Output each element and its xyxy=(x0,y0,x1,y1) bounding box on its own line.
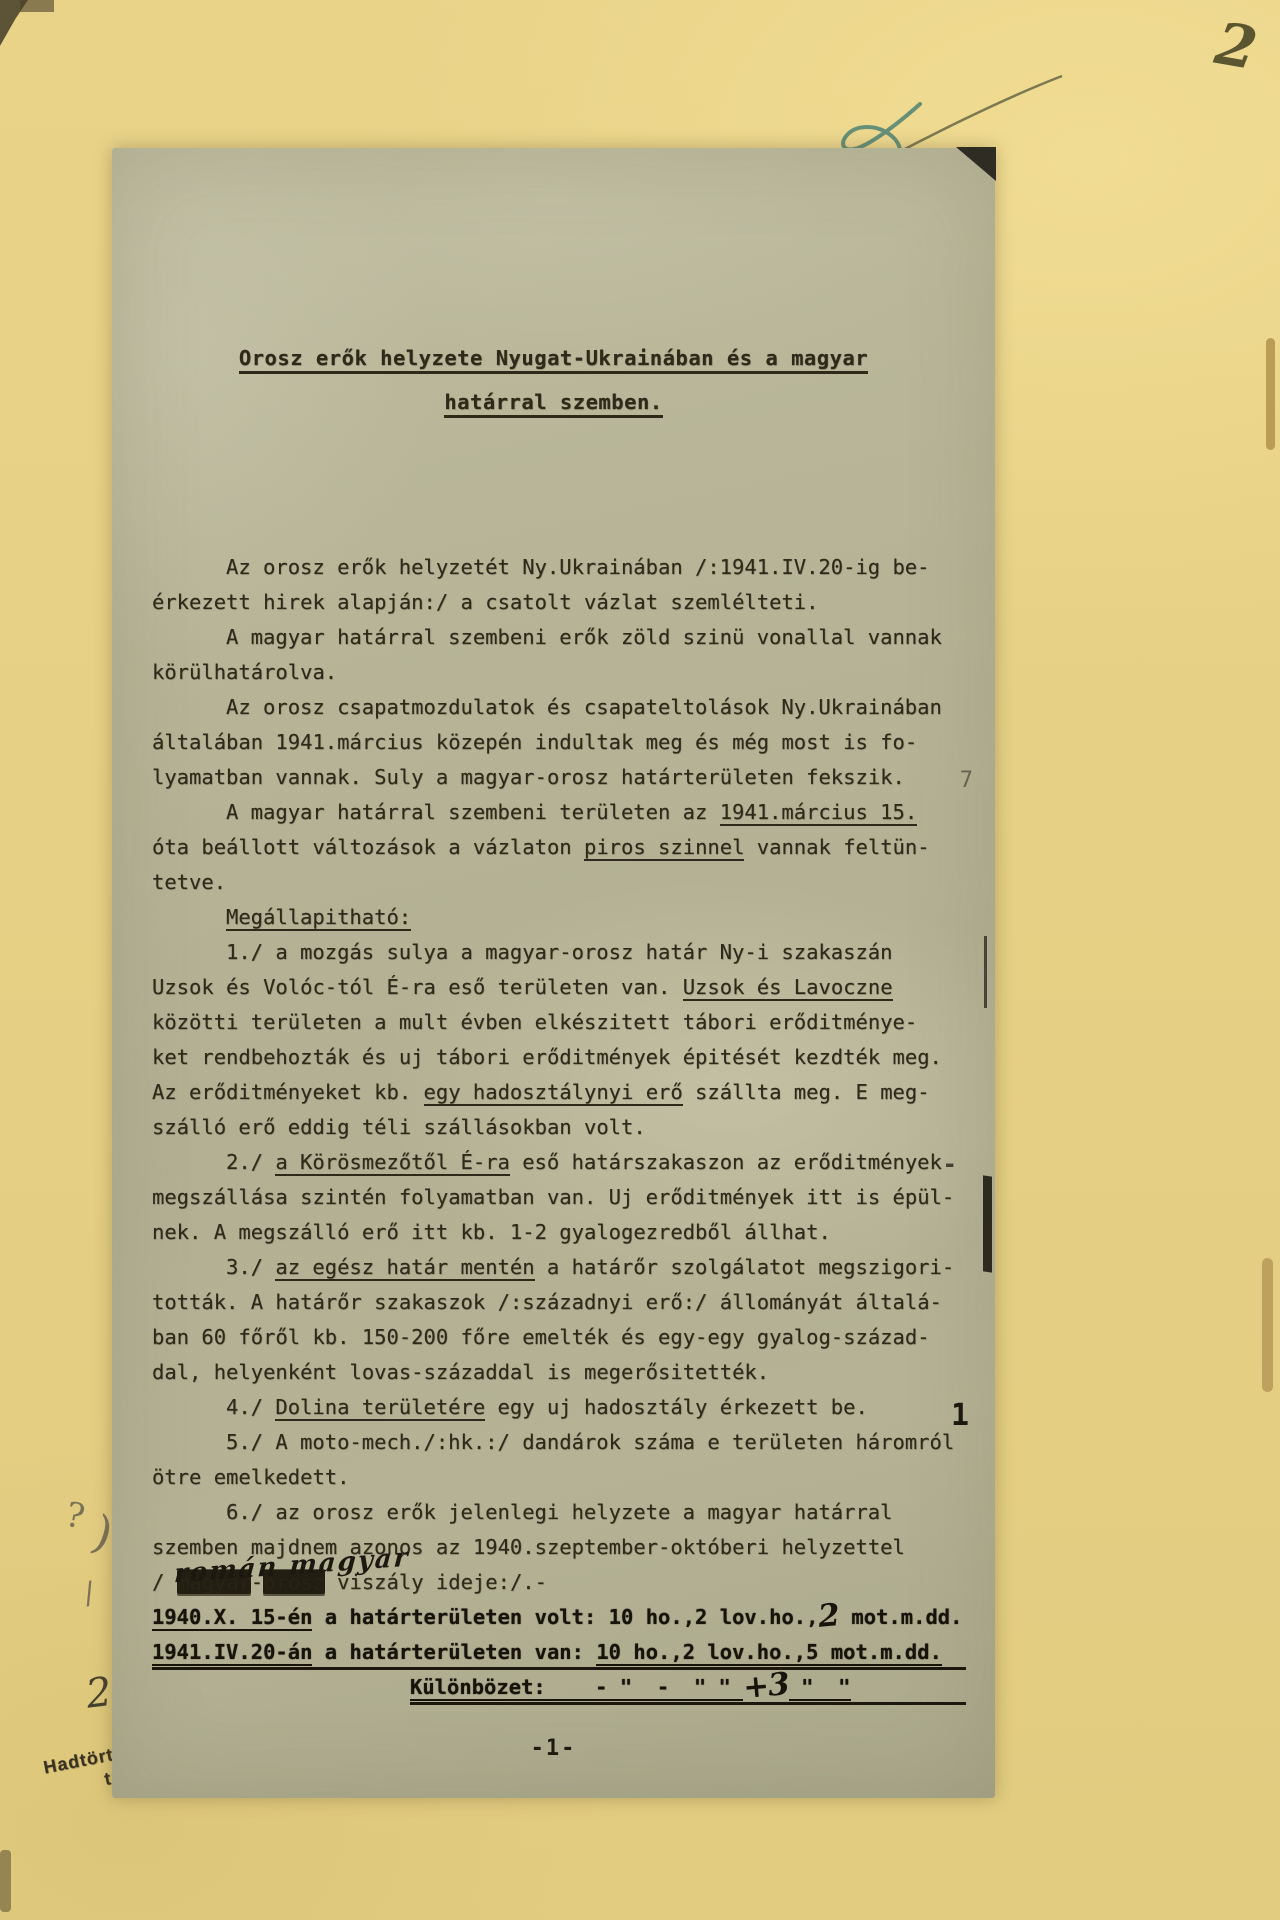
typed-text: lyamatban vannak. Suly a magyar-orosz ha… xyxy=(152,765,905,789)
document-line: Különbözet: - " - " " +3 " " xyxy=(410,1670,966,1705)
page-corner-fold xyxy=(956,147,996,181)
typed-text: 2./ xyxy=(226,1150,275,1174)
scan-artifact xyxy=(984,936,987,1008)
typed-text: Különbözet: xyxy=(410,1675,546,1701)
typed-text: 1941.IV.20-án xyxy=(152,1640,312,1666)
document-line: Az orosz csapatmozdulatok és csapateltol… xyxy=(152,690,966,725)
document-line: ban 60 főről kb. 150-200 főre emelték és… xyxy=(152,1320,966,1355)
paper-corner-stain xyxy=(20,0,54,12)
page-number: -1- xyxy=(112,1736,995,1761)
typed-text: Megállapitható: xyxy=(226,905,411,931)
typed-text: Az orosz csapatmozdulatok és csapateltol… xyxy=(226,695,942,719)
typed-text: " " xyxy=(789,1675,851,1701)
document-line: tetve. xyxy=(152,865,966,900)
paper-edge-stain xyxy=(1266,338,1275,450)
typed-text: eső határszakaszon az erőditmények xyxy=(510,1150,942,1174)
pencil-mark: ? xyxy=(62,1495,88,1538)
typed-text: tetve. xyxy=(152,870,226,894)
document-line: 1941.IV.20-án a határterületen van: 10 h… xyxy=(152,1635,966,1670)
document-line: dal, helyenként lovas-századdal is meger… xyxy=(152,1355,966,1390)
document-line: 5./ A moto-mech./:hk.:/ dandárok száma e… xyxy=(152,1425,966,1460)
typed-text: a határőr szolgálatot megszigori- xyxy=(535,1255,955,1279)
typed-text: nek. A megszálló erő itt kb. 1-2 gyaloge… xyxy=(152,1220,831,1244)
typed-text: A magyar határral szembeni területen az xyxy=(226,800,720,824)
typed-text: 3./ xyxy=(226,1255,275,1279)
typed-text: a határterületen van: xyxy=(312,1640,596,1664)
typed-text: az egész határ mentén xyxy=(275,1255,534,1281)
document-line: A magyar határral szembeni erők zöld szi… xyxy=(152,620,966,655)
title-line-1: Orosz erők helyzete Nyugat-Ukrainában és… xyxy=(112,336,995,380)
document-line: 2./ a Körösmezőtől É-ra eső határszakasz… xyxy=(152,1145,966,1180)
typed-text: tották. A határőr szakaszok /:századnyi … xyxy=(152,1290,942,1314)
scan-artifact xyxy=(983,1175,992,1272)
typed-text: Uzsok és Volóc-tól É-ra eső területen va… xyxy=(152,975,683,999)
document-page: 1 7 - Orosz erők helyzete Nyugat-Ukrainá… xyxy=(112,148,995,1798)
typed-text: megszállása szintén folyamatban van. Uj … xyxy=(152,1185,954,1209)
typed-text: ket rendbehozták és uj tábori erőditmény… xyxy=(152,1045,942,1069)
typed-text: Az orosz erők helyzetét Ny.Ukrainában /:… xyxy=(226,555,930,579)
typed-text: közötti területen a mult évben elkészite… xyxy=(152,1010,917,1034)
document-line: 1./ a mozgás sulya a magyar-orosz határ … xyxy=(152,935,966,970)
document-line: tották. A határőr szakaszok /:századnyi … xyxy=(152,1285,966,1320)
typed-text: óta beállott változások a vázlaton xyxy=(152,835,584,859)
typed-text: A magyar határral szembeni erők zöld szi… xyxy=(226,625,942,649)
document-line: román magyar/ magyar-orosz viszály ideje… xyxy=(152,1565,966,1600)
document-line: óta beállott változások a vázlaton piros… xyxy=(152,830,966,865)
document-line: lyamatban vannak. Suly a magyar-orosz ha… xyxy=(152,760,966,795)
title-line-2: határral szemben. xyxy=(112,380,995,424)
document-line: körülhatárolva. xyxy=(152,655,966,690)
typed-text: 5./ A moto-mech./:hk.:/ dandárok száma e… xyxy=(226,1430,954,1454)
typed-text: Dolina területére xyxy=(275,1395,485,1421)
typed-text: egy uj hadosztály érkezett be. xyxy=(485,1395,868,1419)
typed-text: 4./ xyxy=(226,1395,275,1419)
paper-edge-stain xyxy=(1262,1258,1273,1392)
typed-text: vannak feltün- xyxy=(744,835,929,859)
typed-text: érkezett hirek alapján:/ a csatolt vázla… xyxy=(152,590,818,614)
document-line: 3./ az egész határ mentén a határőr szol… xyxy=(152,1250,966,1285)
typed-text: 10 ho.,2 lov.ho.,5 mot.m.dd. xyxy=(596,1640,942,1666)
typed-text: Uzsok és Lavoczne xyxy=(683,975,893,1001)
typed-text: 1941.március 15. xyxy=(720,800,917,826)
document-body: Az orosz erők helyzetét Ny.Ukrainában /:… xyxy=(152,550,966,1705)
typed-text: ötre emelkedett. xyxy=(152,1465,349,1489)
typed-text: 1./ a mozgás sulya a magyar-orosz határ … xyxy=(226,940,892,964)
document-line: 6./ az orosz erők jelenlegi helyzete a m… xyxy=(152,1495,966,1530)
typed-text: 1940.X. 15-én xyxy=(152,1605,312,1631)
document-line: Az orosz erők helyzetét Ny.Ukrainában /:… xyxy=(152,550,966,585)
typed-text: szálló erő eddig téli szállásokban volt. xyxy=(152,1115,646,1139)
typed-text: piros szinnel xyxy=(584,835,744,861)
document-line: szálló erő eddig téli szállásokban volt. xyxy=(152,1110,966,1145)
document-line: ket rendbehozták és uj tábori erőditmény… xyxy=(152,1040,966,1075)
typed-text: - " - " " xyxy=(546,1675,743,1701)
typed-text: Az erőditményeket kb. xyxy=(152,1080,424,1104)
typed-text: körülhatárolva. xyxy=(152,660,337,684)
document-line: megszállása szintén folyamatban van. Uj … xyxy=(152,1180,966,1215)
typed-text: a határterületen volt: 10 ho.,2 lov.ho., xyxy=(312,1605,818,1629)
document-line: Az erőditményeket kb. egy hadosztálynyi … xyxy=(152,1075,966,1110)
scanned-sheet: { "colors":{"paper":"#e7d289","page":"#b… xyxy=(0,0,1280,1920)
typed-text: mot.m.dd. xyxy=(839,1605,962,1629)
document-line: 4./ Dolina területére egy uj hadosztály … xyxy=(152,1390,966,1425)
typed-text: ban 60 főről kb. 150-200 főre emelték és… xyxy=(152,1325,930,1349)
typed-text: 6./ az orosz erők jelenlegi helyzete a m… xyxy=(226,1500,892,1524)
document-line: 1940.X. 15-én a határterületen volt: 10 … xyxy=(152,1600,966,1635)
document-line: közötti területen a mult évben elkészite… xyxy=(152,1005,966,1040)
document-line: Uzsok és Volóc-tól É-ra eső területen va… xyxy=(152,970,966,1005)
document-line: nek. A megszálló erő itt kb. 1-2 gyaloge… xyxy=(152,1215,966,1250)
document-line: ötre emelkedett. xyxy=(152,1460,966,1495)
handwritten-number: +3 xyxy=(743,1674,790,1698)
typed-text: egy hadosztálynyi erő xyxy=(424,1080,683,1106)
document-title: Orosz erők helyzete Nyugat-Ukrainában és… xyxy=(112,336,995,424)
document-line: általában 1941.március közepén indultak … xyxy=(152,725,966,760)
typed-text: szállta meg. E meg- xyxy=(683,1080,930,1104)
handwritten-page-number: 2 xyxy=(1210,9,1262,83)
document-line: Megállapitható: xyxy=(152,900,966,935)
typed-text: dal, helyenként lovas-századdal is meger… xyxy=(152,1360,769,1384)
pencil-mark: / xyxy=(80,1575,97,1611)
document-line: érkezett hirek alapján:/ a csatolt vázla… xyxy=(152,585,966,620)
document-line: A magyar határral szembeni területen az … xyxy=(152,795,966,830)
typed-text: általában 1941.március közepén indultak … xyxy=(152,730,917,754)
typed-text: a Körösmezőtől É-ra xyxy=(275,1150,510,1176)
paper-edge-stain xyxy=(0,1850,11,1912)
handwritten-number: 2 xyxy=(818,1605,840,1627)
